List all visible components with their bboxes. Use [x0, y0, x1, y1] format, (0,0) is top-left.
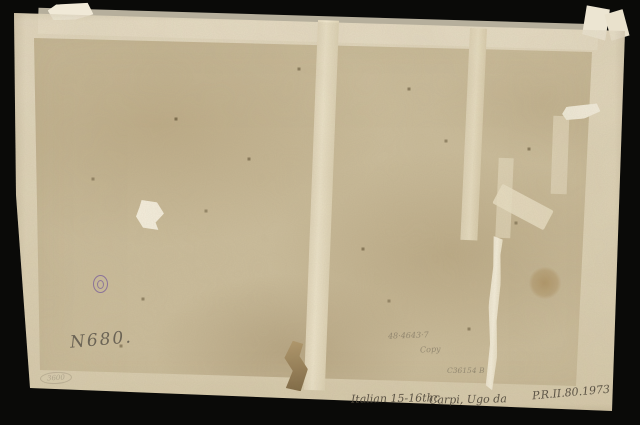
tape-right-narrow-band [551, 116, 570, 195]
photo-backdrop: N680. 48·4643·7 Copy C36154 B Italian 15… [0, 0, 640, 425]
inscription-faint-catalog: C36154 B [447, 366, 485, 375]
round-brown-stain [524, 262, 566, 304]
inscription-school: Italian 15-16thc [351, 391, 440, 406]
inscription-faint-word: Copy [420, 344, 441, 354]
inscription-artist: Carpi, Ugo da [429, 392, 507, 406]
collector-stamp [93, 275, 108, 293]
foxing-specks [0, 0, 2, 2]
collector-stamp-glyph [97, 280, 104, 289]
inscription-faint-code: 48·4643·7 [388, 330, 429, 340]
